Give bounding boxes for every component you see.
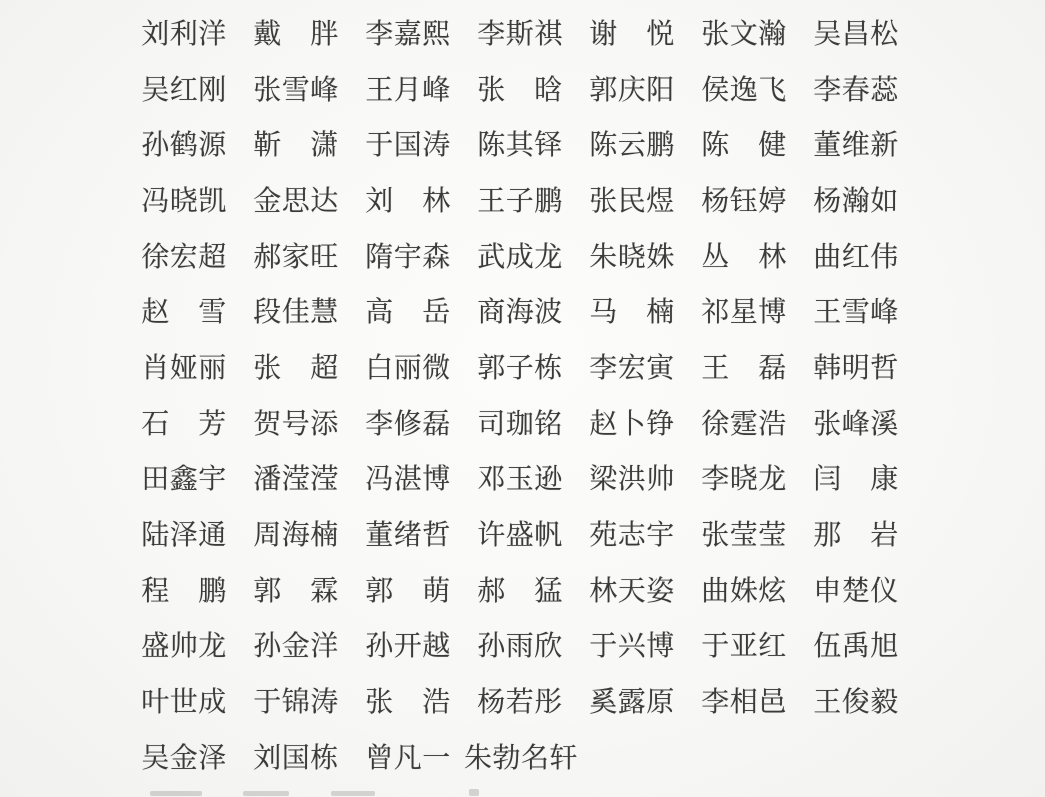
person-name: 冯湛博 [352, 457, 464, 497]
name-row: 肖娅丽 张 超 白丽微 郭子栋 李宏寅 王 磊 韩明哲 [128, 338, 918, 394]
person-name: 隋宇森 [352, 235, 464, 275]
person-name: 冯晓凯 [128, 179, 240, 219]
person-name: 程 鹏 [128, 569, 240, 609]
person-name: 吴红刚 [128, 68, 240, 108]
person-name: 徐霆浩 [688, 402, 800, 442]
person-name: 于锦涛 [240, 680, 352, 720]
person-name: 吴金泽 [128, 736, 240, 776]
person-name: 刘 林 [352, 179, 464, 219]
name-row: 程 鹏 郭 霖 郭 萌 郝 猛 林天姿 曲姝炫 申楚仪 [128, 561, 918, 617]
person-name: 杨瀚如 [800, 179, 912, 219]
name-row: 盛帅龙 孙金洋 孙开越 孙雨欣 于兴博 于亚红 伍禹旭 [128, 617, 918, 673]
name-roster-page: 刘利洋 戴 胖 李嘉熙 李斯祺 谢 悦 张文瀚 吴昌松 吴红刚 张雪峰 王月峰 … [0, 0, 1045, 797]
cutoff-glyph-remnant [469, 789, 479, 796]
person-name: 叶世成 [128, 680, 240, 720]
person-name: 潘滢滢 [240, 457, 352, 497]
person-name: 李斯祺 [464, 12, 576, 52]
person-name: 刘国栋 [240, 736, 352, 776]
person-name: 郭 萌 [352, 569, 464, 609]
person-name: 郝 猛 [464, 569, 576, 609]
person-name: 杨若彤 [464, 680, 576, 720]
person-name: 孙鹤源 [128, 123, 240, 163]
person-name: 金思达 [240, 179, 352, 219]
person-name: 郝家旺 [240, 235, 352, 275]
cutoff-glyph-remnant [150, 791, 202, 796]
person-name: 谢 悦 [576, 12, 688, 52]
person-name: 白丽微 [352, 346, 464, 386]
person-name: 商海波 [464, 290, 576, 330]
person-name: 伍禹旭 [800, 624, 912, 664]
name-row: 田鑫宇 潘滢滢 冯湛博 邓玉逊 梁洪帅 李晓龙 闫 康 [128, 450, 918, 506]
person-name: 奚露原 [576, 680, 688, 720]
name-row: 孙鹤源 靳 潇 于国涛 陈其铎 陈云鹏 陈 健 董维新 [128, 115, 918, 171]
person-name: 那 岩 [800, 513, 912, 553]
person-name: 李春蕊 [800, 68, 912, 108]
person-name: 盛帅龙 [128, 624, 240, 664]
person-name: 张 超 [240, 346, 352, 386]
person-name: 张民煜 [576, 179, 688, 219]
person-name: 徐宏超 [128, 235, 240, 275]
person-name: 石 芳 [128, 402, 240, 442]
name-row: 吴红刚 张雪峰 王月峰 张 晗 郭庆阳 侯逸飞 李春蕊 [128, 60, 918, 116]
person-name: 于亚红 [688, 624, 800, 664]
person-name: 林天姿 [576, 569, 688, 609]
name-row: 徐宏超 郝家旺 隋宇森 武成龙 朱晓姝 丛 林 曲红伟 [128, 227, 918, 283]
person-name: 张文瀚 [688, 12, 800, 52]
person-name: 曲姝炫 [688, 569, 800, 609]
person-name: 田鑫宇 [128, 457, 240, 497]
person-name: 杨钰婷 [688, 179, 800, 219]
person-name: 董维新 [800, 123, 912, 163]
person-name: 邓玉逊 [464, 457, 576, 497]
person-name: 靳 潇 [240, 123, 352, 163]
person-name: 陈 健 [688, 123, 800, 163]
person-name: 陆泽通 [128, 513, 240, 553]
person-name: 段佳慧 [240, 290, 352, 330]
person-name: 王俊毅 [800, 680, 912, 720]
person-name: 许盛帆 [464, 513, 576, 553]
person-name: 王雪峰 [800, 290, 912, 330]
person-name: 申楚仪 [800, 569, 912, 609]
person-name: 李宏寅 [576, 346, 688, 386]
person-name: 吴昌松 [800, 12, 912, 52]
name-row: 刘利洋 戴 胖 李嘉熙 李斯祺 谢 悦 张文瀚 吴昌松 [128, 4, 918, 60]
person-name: 张 晗 [464, 68, 576, 108]
name-row: 冯晓凯 金思达 刘 林 王子鹏 张民煜 杨钰婷 杨瀚如 [128, 171, 918, 227]
person-name: 朱晓姝 [576, 235, 688, 275]
person-name: 张莹莹 [688, 513, 800, 553]
person-name: 祁星博 [688, 290, 800, 330]
person-name: 肖娅丽 [128, 346, 240, 386]
person-name: 于国涛 [352, 123, 464, 163]
person-name: 孙开越 [352, 624, 464, 664]
person-name: 郭 霖 [240, 569, 352, 609]
person-name: 张峰溪 [800, 402, 912, 442]
person-name: 闫 康 [800, 457, 912, 497]
name-row: 陆泽通 周海楠 董绪哲 许盛帆 苑志宇 张莹莹 那 岩 [128, 505, 918, 561]
person-name: 李相邑 [688, 680, 800, 720]
person-name: 曾凡一 [352, 736, 464, 776]
person-name: 高 岳 [352, 290, 464, 330]
person-name: 王月峰 [352, 68, 464, 108]
person-name: 司珈铭 [464, 402, 576, 442]
person-name: 张 浩 [352, 680, 464, 720]
person-name: 郭子栋 [464, 346, 576, 386]
person-name: 赵卜铮 [576, 402, 688, 442]
person-name: 孙金洋 [240, 624, 352, 664]
name-row: 叶世成 于锦涛 张 浩 杨若彤 奚露原 李相邑 王俊毅 [128, 672, 918, 728]
person-name: 梁洪帅 [576, 457, 688, 497]
person-name: 丛 林 [688, 235, 800, 275]
person-name: 苑志宇 [576, 513, 688, 553]
person-name: 侯逸飞 [688, 68, 800, 108]
person-name: 韩明哲 [800, 346, 912, 386]
name-row: 赵 雪 段佳慧 高 岳 商海波 马 楠 祁星博 王雪峰 [128, 282, 918, 338]
person-name: 董绪哲 [352, 513, 464, 553]
person-name: 曲红伟 [800, 235, 912, 275]
person-name: 陈其铎 [464, 123, 576, 163]
person-name: 张雪峰 [240, 68, 352, 108]
person-name: 李嘉熙 [352, 12, 464, 52]
person-name: 李修磊 [352, 402, 464, 442]
person-name: 武成龙 [464, 235, 576, 275]
next-row-cutoff [0, 787, 1045, 797]
name-roster: 刘利洋 戴 胖 李嘉熙 李斯祺 谢 悦 张文瀚 吴昌松 吴红刚 张雪峰 王月峰 … [128, 4, 918, 784]
person-name: 王 磊 [688, 346, 800, 386]
person-name: 贺号添 [240, 402, 352, 442]
person-name: 戴 胖 [240, 12, 352, 52]
person-name: 孙雨欣 [464, 624, 576, 664]
person-name: 郭庆阳 [576, 68, 688, 108]
person-name: 陈云鹏 [576, 123, 688, 163]
person-name: 马 楠 [576, 290, 688, 330]
cutoff-glyph-remnant [331, 791, 375, 796]
cutoff-glyph-remnant [243, 791, 289, 796]
person-name: 王子鹏 [464, 179, 576, 219]
person-name: 朱勃名轩 [464, 736, 576, 776]
person-name: 周海楠 [240, 513, 352, 553]
person-name: 李晓龙 [688, 457, 800, 497]
name-row: 石 芳 贺号添 李修磊 司珈铭 赵卜铮 徐霆浩 张峰溪 [128, 394, 918, 450]
person-name: 赵 雪 [128, 290, 240, 330]
person-name: 于兴博 [576, 624, 688, 664]
name-row: 吴金泽 刘国栋 曾凡一 朱勃名轩 [128, 728, 918, 784]
person-name: 刘利洋 [128, 12, 240, 52]
